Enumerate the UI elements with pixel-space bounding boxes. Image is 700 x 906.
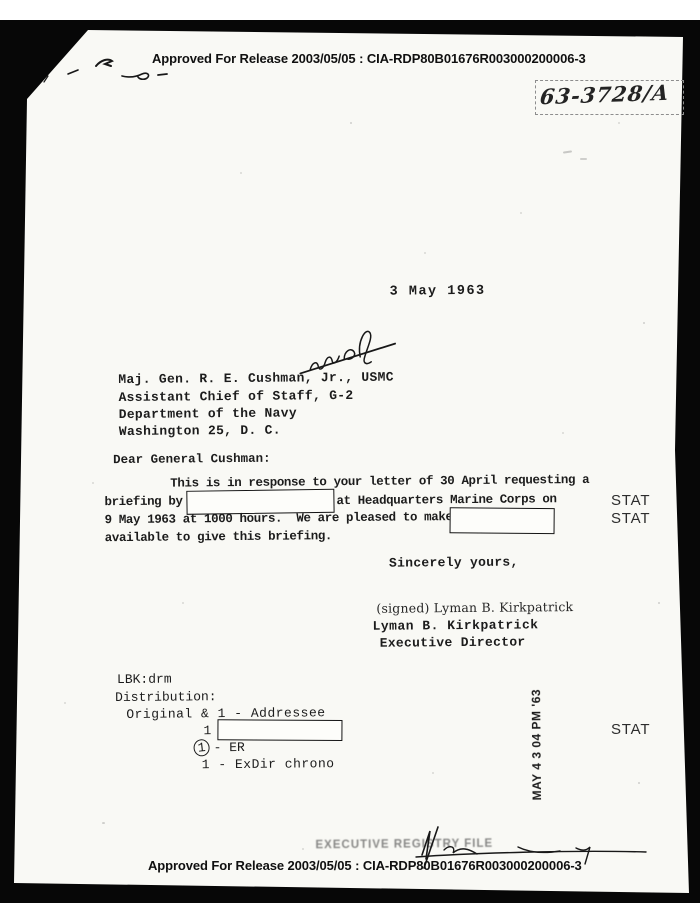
scan-speck — [302, 848, 304, 850]
scan-speck — [562, 432, 564, 434]
scan-speck — [92, 482, 94, 484]
approved-for-release-footer: Approved For Release 2003/05/05 : CIA-RD… — [148, 858, 582, 873]
scan-speck — [638, 782, 640, 784]
scan-speck — [618, 122, 620, 124]
pen-scribble-marks — [38, 48, 178, 88]
stat-marking: STAT — [611, 721, 650, 738]
scan-speck — [563, 150, 572, 153]
overlay-layer: Approved For Release 2003/05/05 : CIA-RD… — [0, 0, 700, 906]
scan-speck — [432, 772, 434, 774]
scan-speck — [240, 172, 242, 174]
scan-speck — [520, 212, 522, 214]
stat-marking: STAT — [611, 510, 650, 527]
registry-number-handwriting: 63-3728/A — [539, 80, 671, 110]
scan-speck — [182, 602, 184, 604]
scan-speck — [64, 702, 66, 704]
approved-for-release-header: Approved For Release 2003/05/05 : CIA-RD… — [152, 51, 586, 66]
scan-speck — [102, 822, 105, 824]
scan-speck — [424, 252, 426, 254]
scan-speck — [350, 122, 352, 124]
scan-speck — [580, 158, 587, 160]
scan-speck — [658, 602, 660, 604]
stat-marking: STAT — [611, 492, 650, 509]
scan-speck — [643, 322, 645, 324]
